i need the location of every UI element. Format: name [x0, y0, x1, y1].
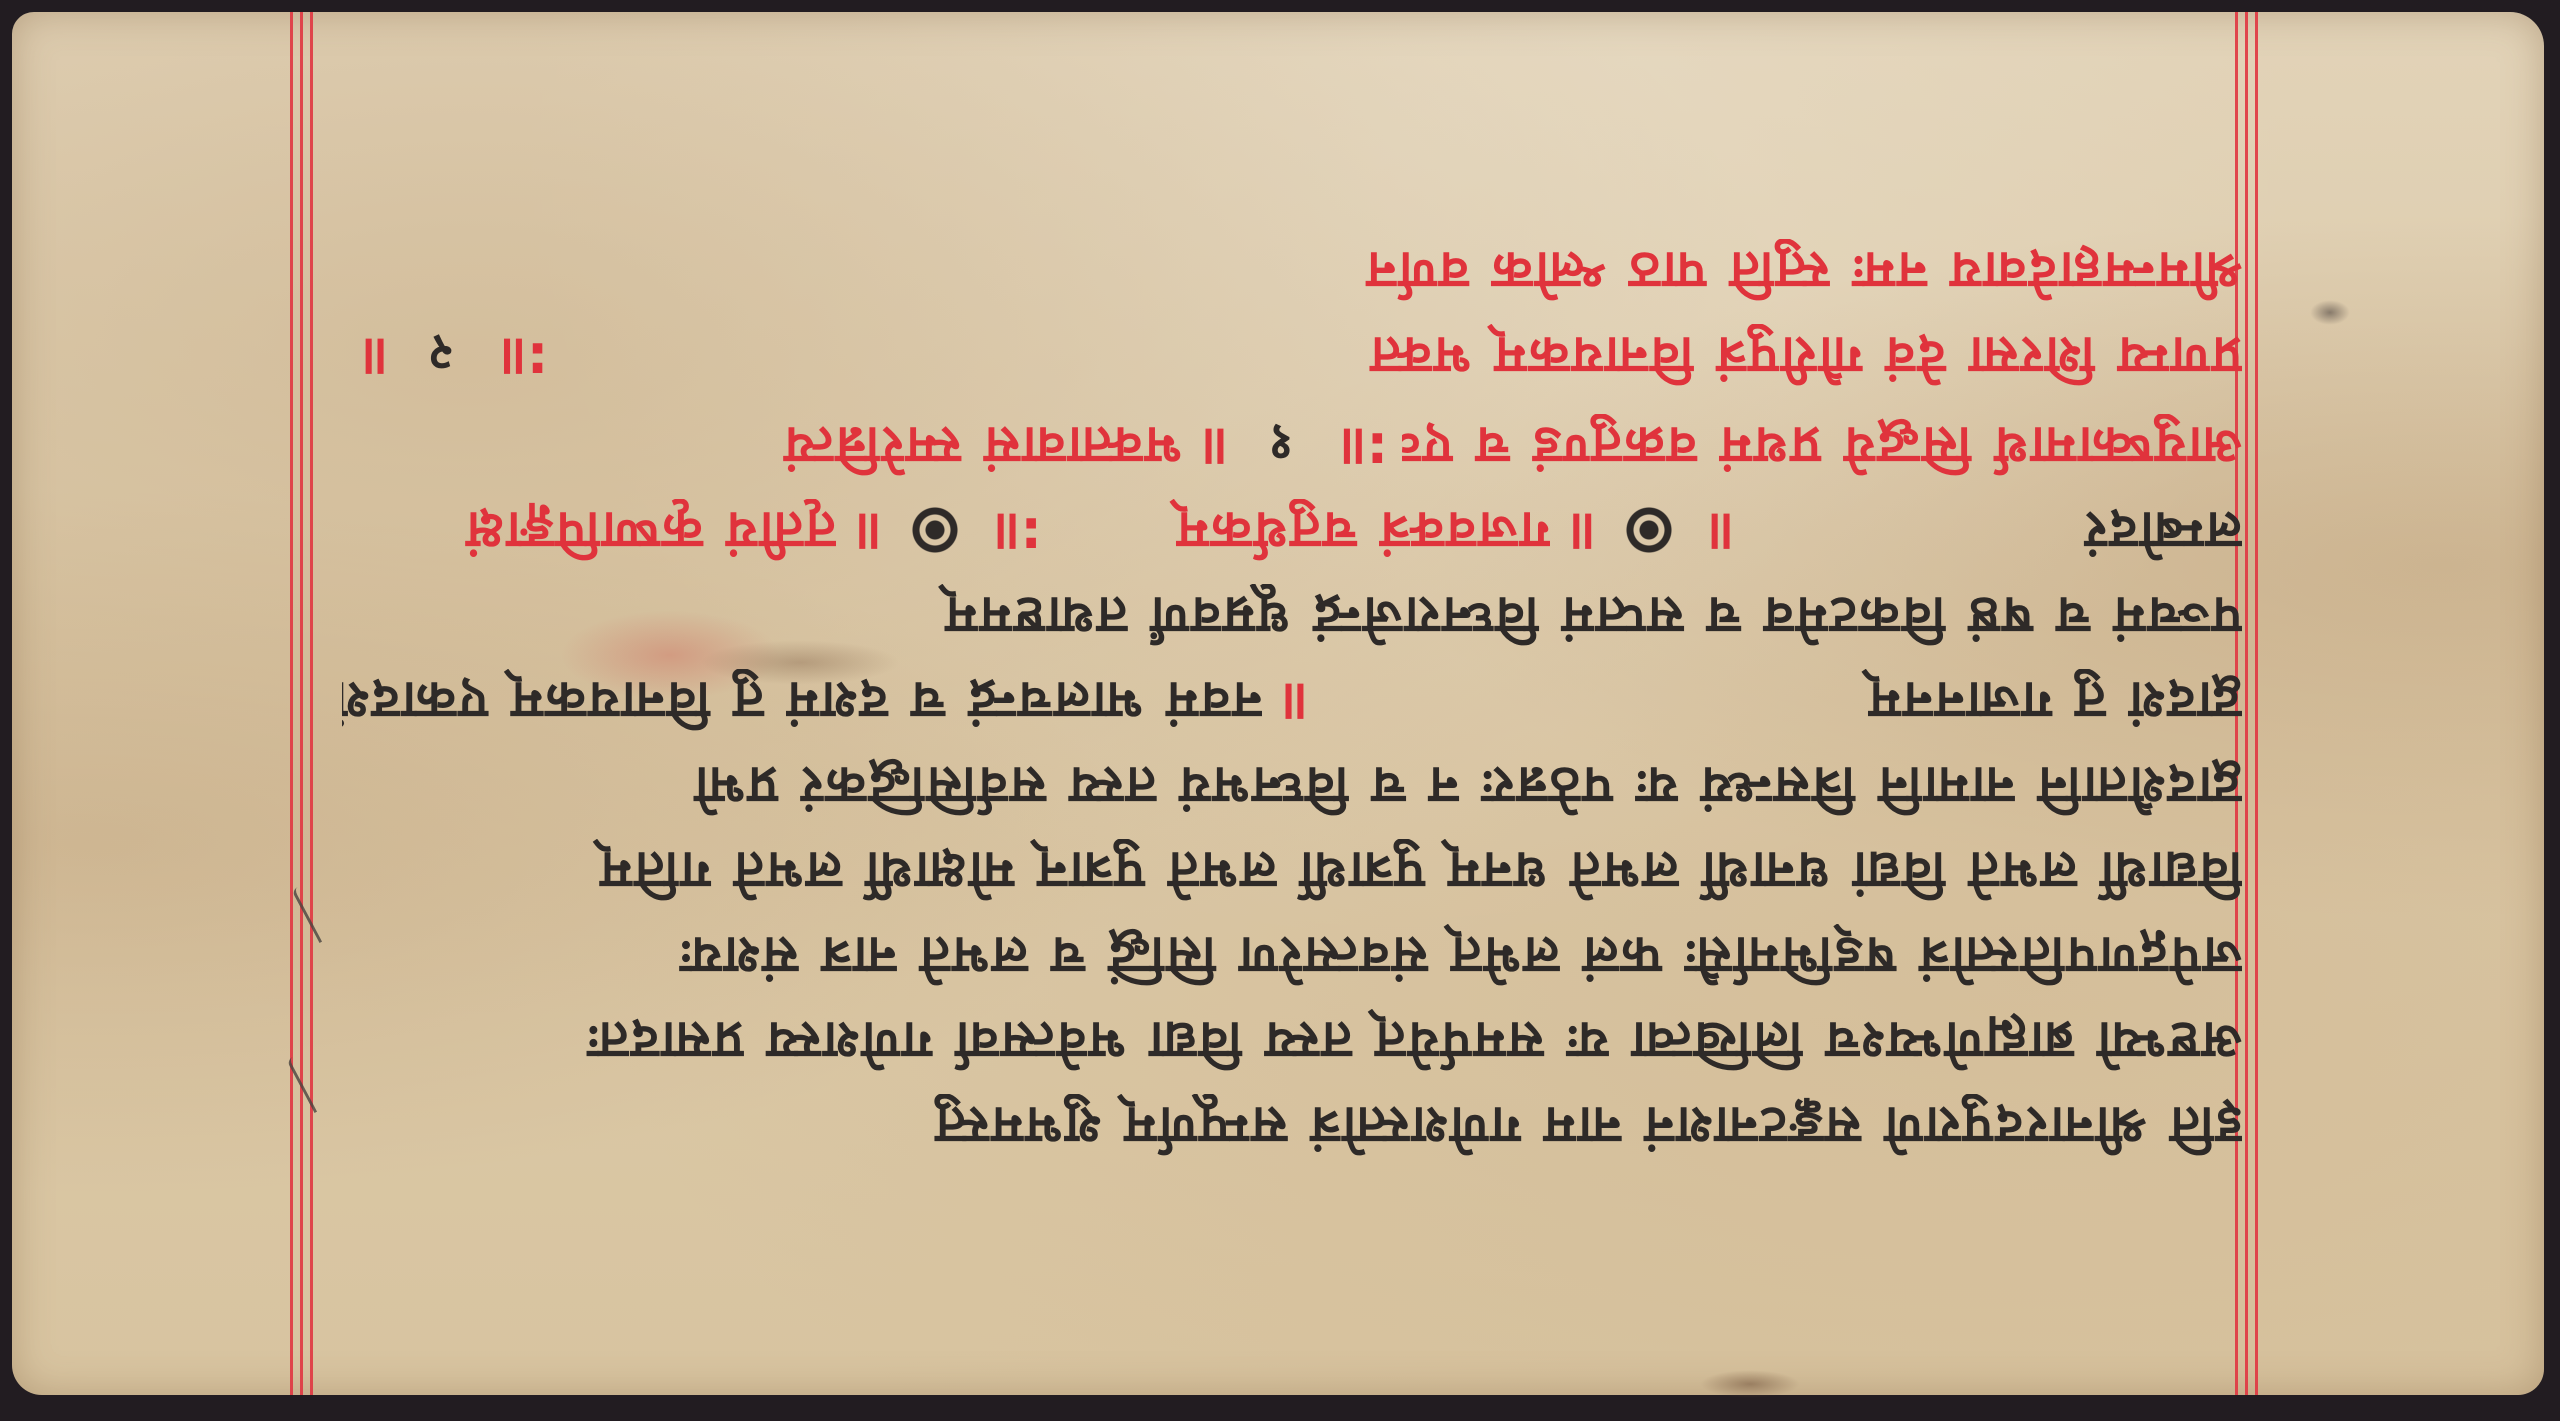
- rosette-ornament-icon: [908, 503, 962, 557]
- manuscript-line-3: भक्तावासं स्मरेन्नित्यं॥१॥:आयुष्कामार्थ …: [342, 414, 2242, 476]
- manuscript-line-10: अष्टभ्यो ब्राह्मणेभ्यश्च लिखित्वा यः समर…: [342, 1009, 2242, 1071]
- text-segment: द्वादशं तु गजाननम्: [1322, 669, 2242, 731]
- right-ruling-line: [2255, 12, 2258, 1395]
- double-danda-mark: ॥: [850, 499, 882, 561]
- stain: [1700, 1370, 1800, 1398]
- script-text: इति श्रीनारदपुराणे सङ्कटनाशनं नाम गणेशस्…: [342, 1094, 2242, 1156]
- manuscript-line-8: विद्यार्थी लभते विद्यां धनार्थी लभते धनम…: [342, 839, 2242, 901]
- double-danda-mark: ॥:: [494, 324, 548, 386]
- double-danda-mark: ॥: [1564, 499, 1596, 561]
- text-segment: नवमं भालचन्द्रं च दशमं तु विनायकम् एकादश…: [342, 669, 1262, 731]
- rosette-ornament-icon: [1622, 503, 1676, 557]
- manuscript-line-4: तृतीयं कृष्णपिङ्गाक्षं॥॥:गजवक्त्रं चतुर्…: [342, 499, 2242, 561]
- text-segment: लम्बोदरं: [1748, 499, 2242, 561]
- script-text: तृतीयं कृष्णपिङ्गाक्षं: [342, 499, 836, 561]
- text-segment: गजवक्त्रं चतुर्थकम्: [1056, 499, 1550, 561]
- left-ruling-line: [310, 12, 313, 1395]
- manuscript-line-7: द्वादशैतानि नामानि त्रिसन्ध्यं यः पठेन्न…: [342, 754, 2242, 816]
- text-segment: जपेद्गणपतिस्तोत्रं षड्भिर्मासैः फलं लभेत…: [342, 924, 2242, 986]
- manuscript-line-1: श्रीमन्महादेवाय नमः स्तुति पाठ श्लोक वर्…: [342, 239, 2242, 301]
- double-danda-mark: ॥: [1196, 414, 1228, 476]
- script-text: द्वादशैतानि नामानि त्रिसन्ध्यं यः पठेन्न…: [342, 754, 2242, 816]
- script-text: लम्बोदरं: [1748, 499, 2242, 561]
- verse-number: २: [428, 324, 454, 386]
- text-segment: श्रीमन्महादेवाय नमः स्तुति पाठ श्लोक वर्…: [342, 239, 2242, 301]
- text-segment: पञ्चमं च षष्ठं विकटमेव च सप्तमं विघ्नराज…: [342, 584, 2242, 646]
- script-text: गजवक्त्रं चतुर्थकम्: [1056, 499, 1550, 561]
- stain: [2310, 300, 2350, 325]
- manuscript-line-9: जपेद्गणपतिस्तोत्रं षड्भिर्मासैः फलं लभेत…: [342, 924, 2242, 986]
- script-text: श्रीमन्महादेवाय नमः स्तुति पाठ श्लोक वर्…: [342, 239, 2242, 301]
- manuscript-line-6: नवमं भालचन्द्रं च दशमं तु विनायकम् एकादश…: [342, 669, 2242, 731]
- script-text: प्रणम्य शिरसा देवं गौरीपुत्रं विनायकम् भ…: [562, 324, 2242, 386]
- right-ruling-line: [2245, 12, 2248, 1395]
- manuscript-folio: श्रीमन्महादेवाय नमः स्तुति पाठ श्लोक वर्…: [12, 12, 2544, 1395]
- text-segment: विद्यार्थी लभते विद्यां धनार्थी लभते धनम…: [342, 839, 2242, 901]
- text-segment: अष्टभ्यो ब्राह्मणेभ्यश्च लिखित्वा यः समर…: [342, 1009, 2242, 1071]
- script-text: पञ्चमं च षष्ठं विकटमेव च सप्तमं विघ्नराज…: [342, 584, 2242, 646]
- double-danda-mark: ॥: [356, 324, 388, 386]
- left-ruling-line: [300, 12, 303, 1395]
- margin-insertion-mark: [291, 887, 325, 943]
- left-ruling-line: [290, 12, 293, 1395]
- double-danda-mark: ॥: [1276, 669, 1308, 731]
- manuscript-line-2: ॥२॥:प्रणम्य शिरसा देवं गौरीपुत्रं विनायक…: [342, 324, 2242, 386]
- text-segment: आयुष्कामार्थ सिद्धये प्रथमं वक्रतुण्डं च…: [1402, 414, 2242, 476]
- script-text: आयुष्कामार्थ सिद्धये प्रथमं वक्रतुण्डं च…: [1402, 414, 2242, 476]
- text-segment: प्रणम्य शिरसा देवं गौरीपुत्रं विनायकम् भ…: [562, 324, 2242, 386]
- script-text: अष्टभ्यो ब्राह्मणेभ्यश्च लिखित्वा यः समर…: [342, 1009, 2242, 1071]
- script-text: नवमं भालचन्द्रं च दशमं तु विनायकम् एकादश…: [342, 669, 1262, 731]
- double-danda-mark: ॥:: [988, 499, 1042, 561]
- text-segment: द्वादशैतानि नामानि त्रिसन्ध्यं यः पठेन्न…: [342, 754, 2242, 816]
- script-text: द्वादशं तु गजाननम्: [1322, 669, 2242, 731]
- script-text: विद्यार्थी लभते विद्यां धनार्थी लभते धनम…: [342, 839, 2242, 901]
- text-segment: भक्तावासं स्मरेन्नित्यं: [342, 414, 1182, 476]
- manuscript-line-5: पञ्चमं च षष्ठं विकटमेव च सप्तमं विघ्नराज…: [342, 584, 2242, 646]
- verse-number: १: [1268, 414, 1294, 476]
- manuscript-line-11: इति श्रीनारदपुराणे सङ्कटनाशनं नाम गणेशस्…: [342, 1094, 2242, 1156]
- script-text: भक्तावासं स्मरेन्नित्यं: [342, 414, 1182, 476]
- script-text: जपेद्गणपतिस्तोत्रं षड्भिर्मासैः फलं लभेत…: [342, 924, 2242, 986]
- text-segment: इति श्रीनारदपुराणे सङ्कटनाशनं नाम गणेशस्…: [342, 1094, 2242, 1156]
- double-danda-mark: ॥:: [1334, 414, 1388, 476]
- double-danda-mark: ॥: [1702, 499, 1734, 561]
- text-segment: तृतीयं कृष्णपिङ्गाक्षं: [342, 499, 836, 561]
